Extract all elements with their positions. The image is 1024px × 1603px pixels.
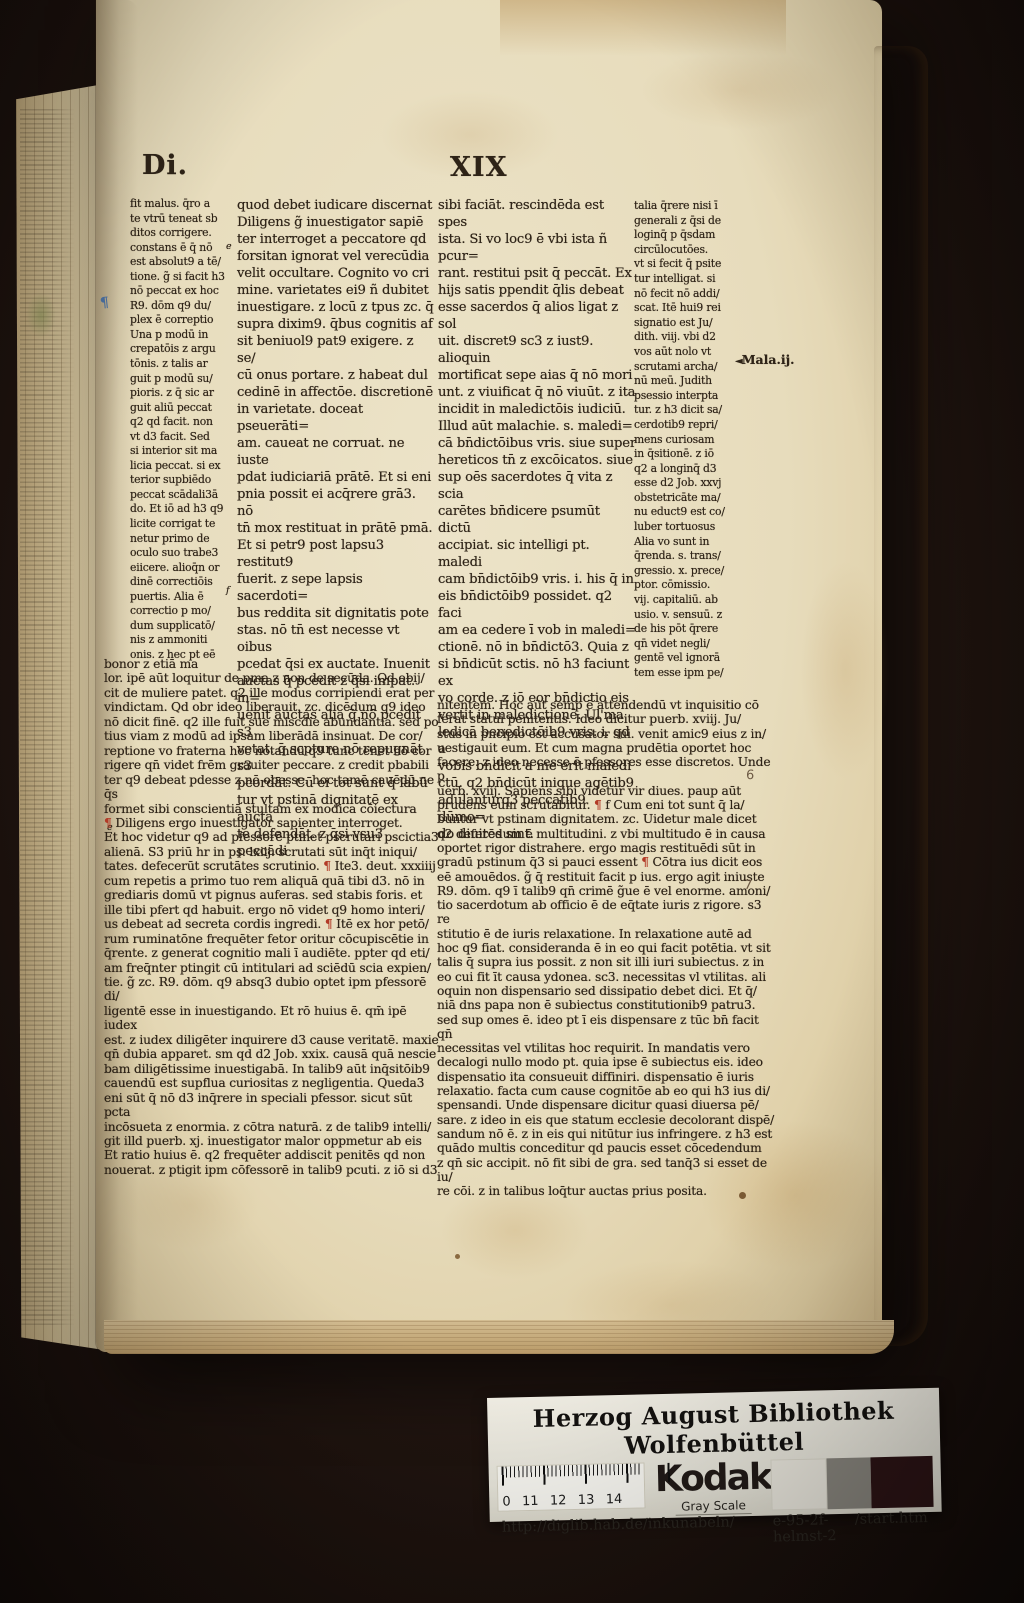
ruler-number: 14 [606,1492,623,1507]
ghost-text-texture [20,109,75,1324]
patch-black [870,1456,933,1508]
reference-letter-e: e [226,241,232,252]
running-header-left: Di. [142,150,188,181]
ruler-number: 12 [550,1493,567,1508]
ruler-ticks-big [502,1463,676,1486]
margin-note-text: Mala.ij. [742,352,795,367]
reference-letter-f: f [226,585,230,596]
shelfmark: e-95-2f-helmst-2 [772,1512,855,1546]
fanned-page-edges [16,84,104,1350]
start-page-path: /start.htm [855,1510,928,1528]
blue-pilcrow-mark: ¶ [99,295,110,312]
library-label: Herzog August Bibliothek Wolfenbüttel 0 … [487,1388,942,1522]
patch-gray [826,1457,871,1509]
green-smudge [26,292,56,338]
patch-white [770,1458,827,1510]
library-name: Herzog August Bibliothek Wolfenbüttel [487,1395,940,1463]
grayscale-caption: Gray Scale [675,1499,752,1516]
cm-ruler: 0 11 12 13 14 [497,1462,646,1511]
running-header-right: XIX [450,152,508,183]
handwritten-number-6: 6 [745,768,754,784]
ruler-number: 0 [502,1494,511,1509]
pointer-icon: ◄ [735,356,742,367]
handwritten-number-7: 7 [743,878,752,894]
margin-gloss-left: fit malus. q̄ro ate vtrū teneat sbditos … [130,197,238,663]
lower-column-right: nitentem. Hoc aūt semp ē attendendū vt i… [437,698,775,1198]
head-edge-band [500,0,786,56]
margin-note-malachi: ◄Mala.ij. [735,352,794,367]
grayscale-patches [770,1456,933,1511]
ruler-numbers: 0 11 12 13 14 [502,1492,622,1510]
ruler-number: 13 [578,1493,595,1508]
photo-scene: Di. XIX fit malus. q̄ro ate vtrū teneat … [0,0,1024,1603]
ruler-number: 11 [522,1494,539,1509]
label-middle-row: 0 11 12 13 14 Kodak Gray Scale [488,1453,941,1515]
digital-library-url: http://diglib.hab.de/inkunabeln/ [502,1514,735,1535]
fore-edge [874,46,928,1346]
lower-column-left: bonor z etiā malor. ipē aūt loquitur de … [104,657,440,1177]
tail-edge [104,1320,894,1354]
margin-gloss-right: talia q̄rere nisi īgenerali z q̄si delog… [634,199,742,681]
